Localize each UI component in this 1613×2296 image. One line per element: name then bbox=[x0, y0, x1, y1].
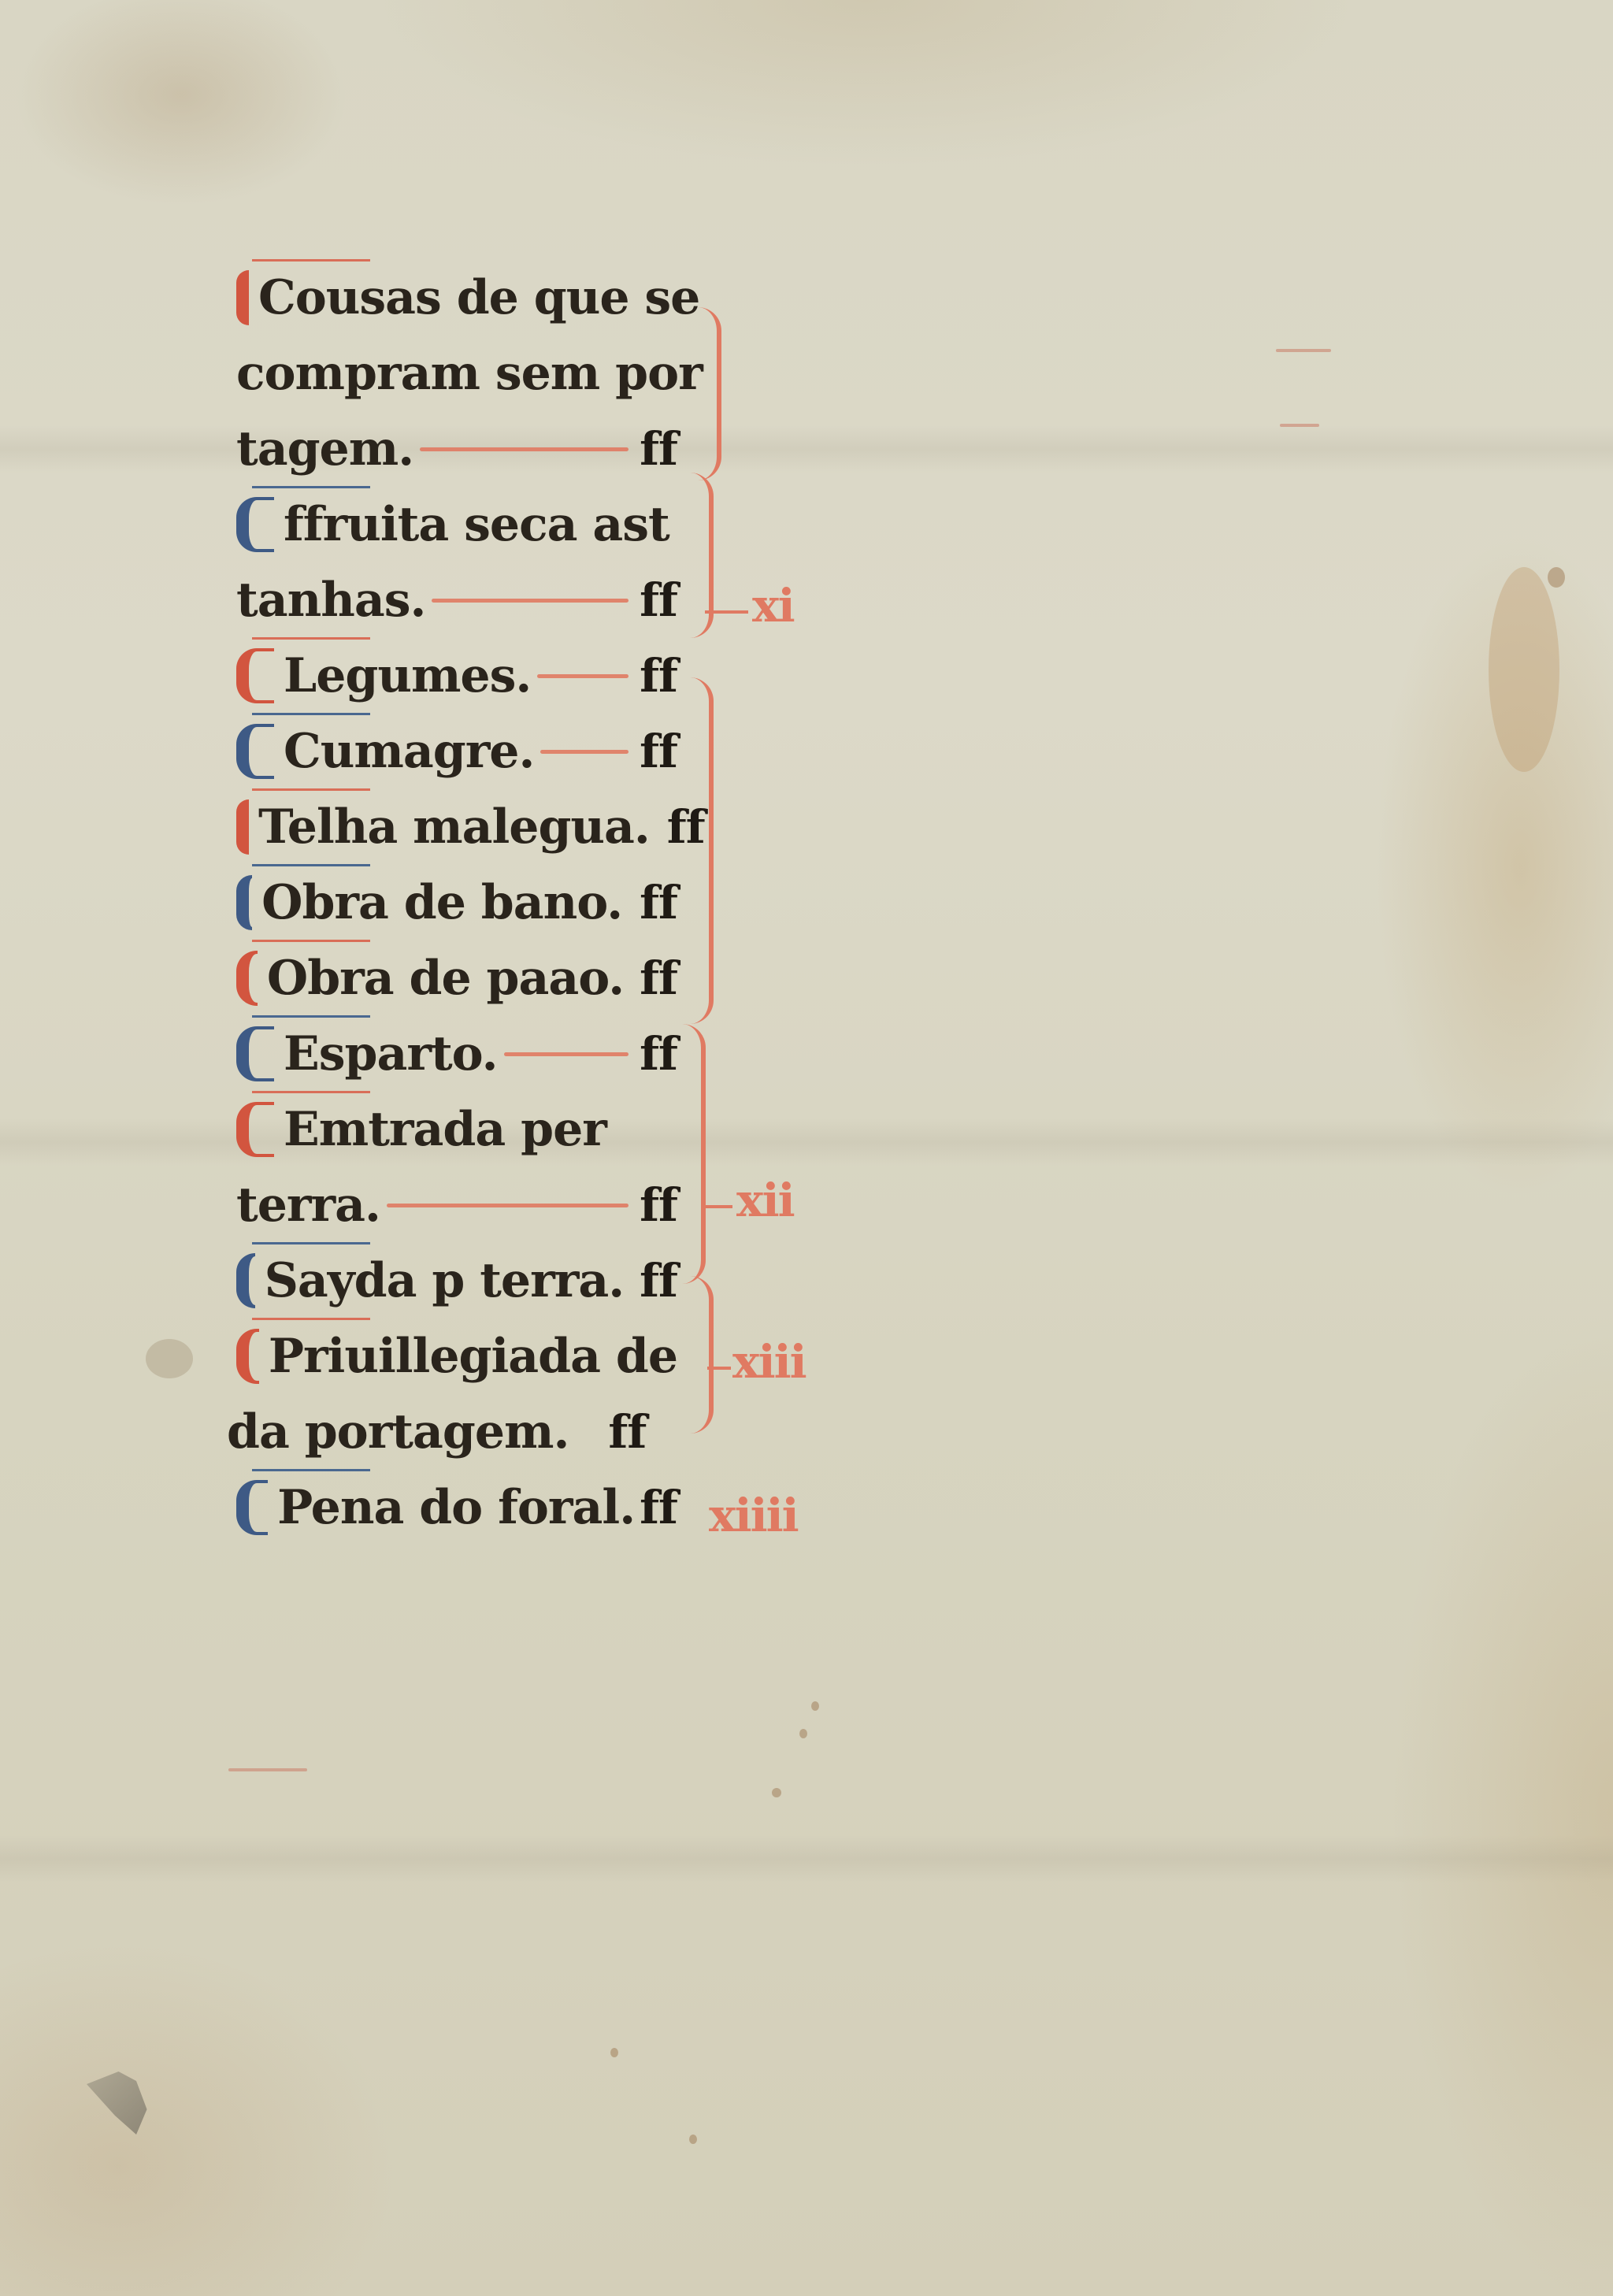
folio-marker: ff bbox=[640, 876, 677, 929]
folio-numeral: xiiii bbox=[709, 1489, 798, 1542]
folio-marker: ff bbox=[640, 422, 677, 476]
toc-line: da portagem. ff bbox=[227, 1394, 677, 1470]
rubric-rule bbox=[504, 1052, 629, 1056]
bracket-tick bbox=[705, 610, 748, 614]
bracket-tick bbox=[701, 1205, 732, 1208]
toc-line-text: Pena do foral. bbox=[277, 1480, 635, 1535]
toc-line-text: Esparto. bbox=[284, 1026, 498, 1081]
rubric-rule bbox=[537, 674, 629, 678]
toc-line-text: Obra de paao. bbox=[267, 951, 624, 1006]
folio-marker: ff bbox=[640, 951, 677, 1005]
toc-line: Priuillegiada de bbox=[236, 1319, 677, 1394]
folio-marker: ff bbox=[640, 649, 677, 703]
folio-marker: ff bbox=[608, 1405, 646, 1459]
rubric-rule bbox=[420, 447, 629, 451]
toc-line: Obra de paao. ff bbox=[236, 940, 677, 1016]
blue-initial-icon bbox=[236, 1253, 255, 1308]
red-initial-icon bbox=[236, 1102, 274, 1157]
toc-line-text: Emtrada per bbox=[284, 1102, 606, 1157]
ink-spot bbox=[1548, 567, 1565, 588]
toc-line: Legumes. ff bbox=[236, 638, 677, 714]
blue-initial-icon bbox=[236, 1026, 274, 1081]
bracket-tick bbox=[707, 1367, 731, 1370]
toc-line: Pena do foral. ff bbox=[236, 1470, 677, 1545]
rubric-rule bbox=[432, 599, 629, 603]
toc-line-text: tanhas. bbox=[236, 573, 425, 628]
toc-line: Telha malegua. ff bbox=[236, 789, 677, 865]
ink-spot bbox=[689, 2135, 697, 2144]
toc-line-text: da portagem. bbox=[227, 1404, 569, 1460]
toc-line: Emtrada per bbox=[236, 1092, 677, 1167]
rubric-bracket bbox=[685, 1276, 714, 1434]
blue-initial-icon bbox=[236, 875, 252, 930]
toc-line-text: Telha malegua. bbox=[258, 799, 650, 855]
parchment-hole bbox=[87, 2072, 158, 2135]
folio-marker: ff bbox=[640, 725, 677, 778]
water-stain bbox=[1489, 567, 1559, 772]
page-fold bbox=[0, 1835, 1613, 1882]
toc-line: terra. ff bbox=[236, 1167, 677, 1243]
margin-mark bbox=[1276, 349, 1331, 352]
toc-line: Cousas de que se bbox=[236, 260, 677, 336]
toc-line: tanhas. ff bbox=[236, 562, 677, 638]
folio-numeral: xi bbox=[752, 579, 794, 632]
blue-initial-icon bbox=[236, 724, 274, 779]
toc-line: ffruita seca ast bbox=[236, 487, 677, 562]
rubric-bracket bbox=[693, 307, 721, 480]
toc-line: Esparto. ff bbox=[236, 1016, 677, 1092]
rubric-rule bbox=[387, 1204, 629, 1207]
folio-numeral: xiii bbox=[732, 1335, 806, 1389]
toc-line: Cumagre. ff bbox=[236, 714, 677, 789]
ink-spot bbox=[799, 1729, 807, 1738]
table-of-contents: Cousas de que se compram sem por tagem. … bbox=[236, 260, 677, 1545]
toc-line-text: tagem. bbox=[236, 421, 413, 477]
folio-numeral: xii bbox=[736, 1174, 794, 1227]
rubric-bracket bbox=[685, 677, 714, 1024]
ink-spot bbox=[811, 1701, 819, 1711]
red-initial-icon bbox=[236, 799, 249, 855]
toc-line-text: Cousas de que se bbox=[258, 270, 699, 325]
folio-marker: ff bbox=[640, 573, 677, 627]
toc-line-text: Priuillegiada de bbox=[269, 1329, 677, 1384]
toc-line: compram sem por bbox=[236, 336, 677, 411]
folio-marker: ff bbox=[640, 1481, 677, 1534]
toc-line: Obra de bano. ff bbox=[236, 865, 677, 940]
rubric-rule bbox=[540, 750, 629, 754]
toc-line: Sayda p terra. ff bbox=[236, 1243, 677, 1319]
red-initial-icon bbox=[236, 1329, 259, 1384]
toc-line-text: compram sem por bbox=[236, 346, 703, 401]
red-initial-icon bbox=[236, 270, 249, 325]
toc-line: tagem. ff bbox=[236, 411, 677, 487]
manuscript-page: Cousas de que se compram sem por tagem. … bbox=[0, 0, 1613, 2296]
folio-marker: ff bbox=[640, 1254, 677, 1307]
red-initial-icon bbox=[236, 951, 258, 1006]
red-initial-icon bbox=[236, 648, 274, 703]
toc-line-text: Sayda p terra. bbox=[265, 1253, 625, 1308]
toc-line-text: Legumes. bbox=[284, 648, 531, 703]
worn-spot bbox=[146, 1339, 193, 1378]
folio-marker: ff bbox=[640, 1178, 677, 1232]
margin-mark bbox=[1280, 424, 1319, 427]
toc-line-text: ffruita seca ast bbox=[284, 497, 669, 552]
margin-mark bbox=[228, 1768, 307, 1771]
blue-initial-icon bbox=[236, 497, 274, 552]
ink-spot bbox=[772, 1788, 781, 1797]
blue-initial-icon bbox=[236, 1480, 268, 1535]
folio-marker: ff bbox=[640, 1027, 677, 1081]
rubric-bracket bbox=[677, 1024, 706, 1284]
toc-line-text: terra. bbox=[236, 1178, 380, 1233]
toc-line-text: Obra de bano. bbox=[261, 875, 622, 930]
toc-line-text: Cumagre. bbox=[284, 724, 534, 779]
ink-spot bbox=[610, 2048, 618, 2057]
